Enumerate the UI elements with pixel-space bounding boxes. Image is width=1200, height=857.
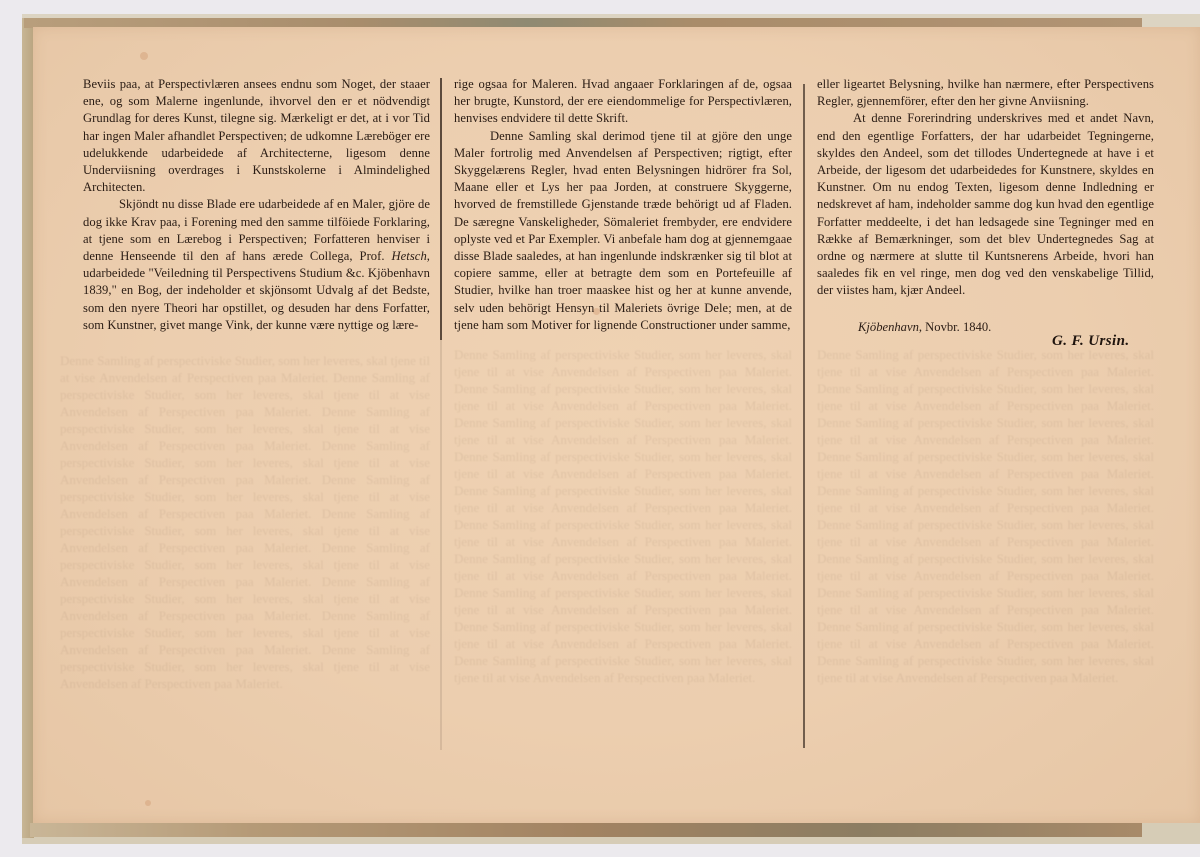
paragraph: Denne Samling skal derimod tjene til at …	[454, 128, 792, 334]
paragraph: rige ogsaa for Maleren. Hvad angaaer For…	[454, 76, 792, 128]
text-column-3: eller ligeartet Belysning, hvilke han næ…	[817, 76, 1154, 300]
bleed-through-middle: Denne Samling af perspectiviske Studier,…	[454, 346, 792, 756]
frame-bottom-edge	[30, 823, 1142, 837]
text-column-1: Beviis paa, at Perspectivlæren ansees en…	[83, 76, 430, 334]
bleed-through-left: Denne Samling af perspectiviske Studier,…	[60, 352, 430, 762]
column-divider-faint	[440, 340, 442, 750]
foxing-spot	[145, 800, 151, 806]
text-column-2: rige ogsaa for Maleren. Hvad angaaer For…	[454, 76, 792, 334]
paragraph: At denne Forerindring underskrives med e…	[817, 110, 1154, 299]
paragraph: Skjöndt nu disse Blade ere udarbeidede a…	[83, 196, 430, 334]
place-and-date: Kjöbenhavn, Novbr. 1840.	[858, 320, 991, 335]
column-divider	[803, 84, 805, 748]
paragraph: eller ligeartet Belysning, hvilke han næ…	[817, 76, 1154, 110]
paragraph: Beviis paa, at Perspectivlæren ansees en…	[83, 76, 430, 196]
bleed-through-right: Denne Samling af perspectiviske Studier,…	[817, 346, 1154, 746]
signature: G. F. Ursin.	[1052, 333, 1129, 350]
column-divider	[440, 78, 442, 340]
foxing-spot	[140, 52, 148, 60]
author-name-hetsch: Hetsch	[392, 249, 427, 263]
